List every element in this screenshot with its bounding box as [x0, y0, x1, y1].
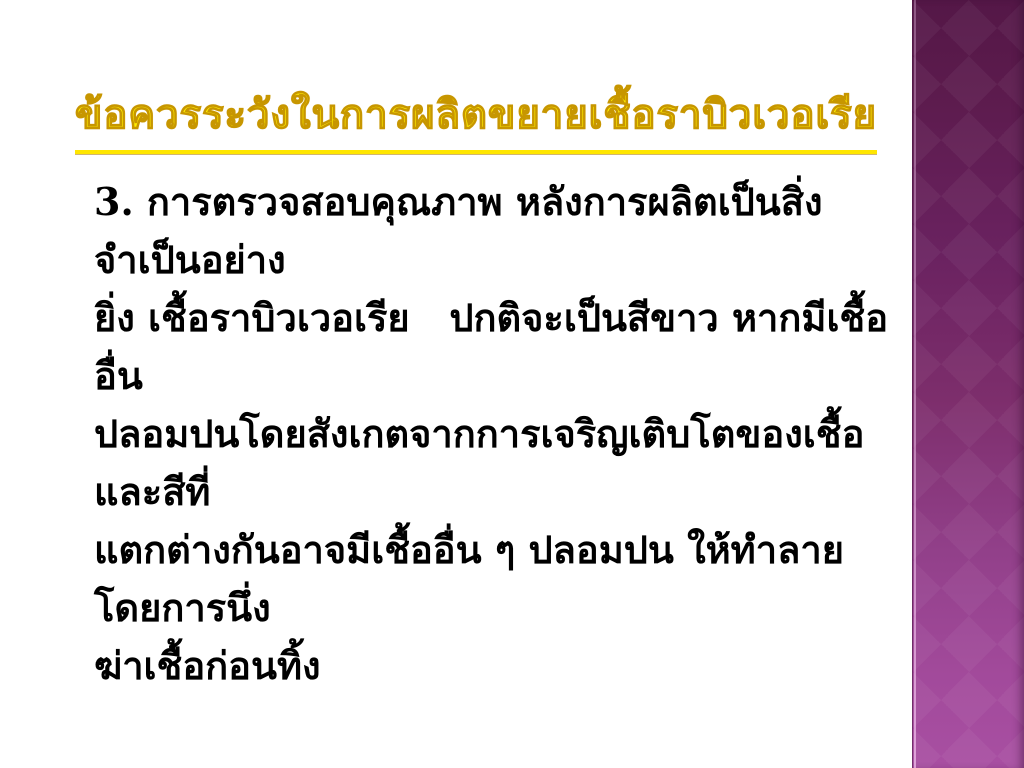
- slide-title: ข้อควรระวังในการผลิตขยายเชื้อราบิวเวอเรี…: [75, 82, 877, 154]
- decorative-sidebar-stripe: [912, 0, 1024, 768]
- body-text-line-3: ปลอมปนโดยสังเกตจากการเจริญเติบโตของเชื้อ…: [94, 405, 894, 521]
- stripe-edge-highlight: [914, 0, 916, 768]
- slide-canvas: ข้อควรระวังในการผลิตขยายเชื้อราบิวเวอเรี…: [0, 0, 1024, 768]
- slide-title-text: ข้อควรระวังในการผลิตขยายเชื้อราบิวเวอเรี…: [75, 82, 877, 154]
- body-text-line-2: ยิ่ง เชื้อราบิวเวอเรีย ปกติจะเป็นสีขาว ห…: [94, 289, 894, 405]
- body-text-line-1: 3. การตรวจสอบคุณภาพ หลังการผลิตเป็นสิ่งจ…: [94, 173, 894, 289]
- body-text-block: 3. การตรวจสอบคุณภาพ หลังการผลิตเป็นสิ่งจ…: [94, 173, 894, 695]
- body-text-line-4: แตกต่างกันอาจมีเชื้ออื่น ๆ ปลอมปน ให้ทำล…: [94, 521, 894, 637]
- body-text-line-5: ฆ่าเชื้อก่อนทิ้ง: [94, 637, 894, 695]
